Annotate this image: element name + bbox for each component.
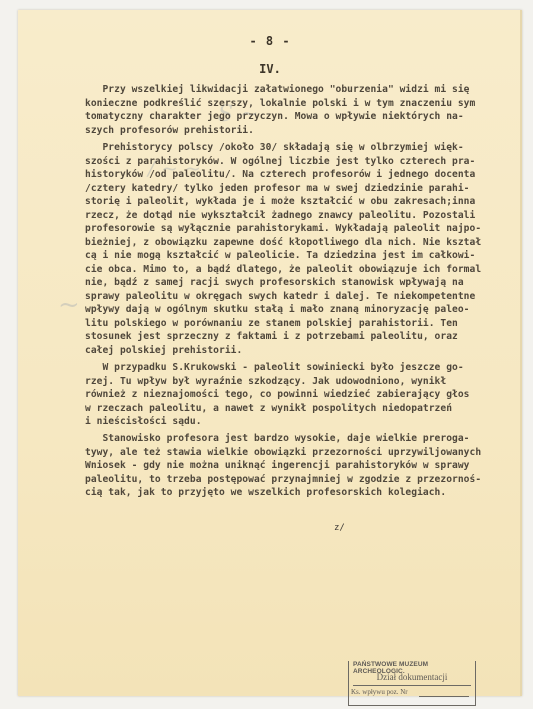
text-line: storię i paleolit, wykłada je i może ksz… xyxy=(85,196,475,208)
handwritten-correction: z/ xyxy=(334,523,345,533)
stamp-department: Dział dokumentacji xyxy=(349,672,475,682)
text-line: /cztery katedry/ tylko jeden profesor ma… xyxy=(85,183,470,195)
text-line: nie, bądź z samej racji swych profesorsk… xyxy=(85,277,464,289)
text-line: również z nieznajomości tego, co powinni… xyxy=(85,389,470,401)
text-line: konieczne podkreślić szerszy, lokalnie p… xyxy=(85,98,475,110)
text-line: tywy, ale też stawia wielkie obowiązki p… xyxy=(85,447,481,459)
text-line: cą i nie mogą kształcić w paleolicie. Ta… xyxy=(85,250,475,262)
text-line: paleolitu, to trzeba postępować przynajm… xyxy=(85,474,481,486)
text-line: całej polskiej prehistorii. xyxy=(85,345,242,357)
page-number: - 8 - xyxy=(18,34,522,48)
text-line: historyków /od paleolitu/. Na czterech p… xyxy=(85,169,475,181)
stamp-divider xyxy=(353,685,471,686)
text-line: cie obca. Mimo to, a bądź dlatego, że pa… xyxy=(85,264,481,276)
section-heading: IV. xyxy=(18,62,522,76)
text-line: Stanowisko profesora jest bardzo wysokie… xyxy=(85,433,470,445)
pencil-annotation: ~ xyxy=(58,290,80,320)
text-line: sprawy paleolitu w okręgach swych katedr… xyxy=(85,291,475,303)
text-line: Przy wszelkiej likwidacji załatwionego "… xyxy=(85,84,470,96)
text-line: wpływy dają w ogólnym skutku stałą i mał… xyxy=(85,304,470,316)
text-line: profesorowie są wyłącznie parahistorykam… xyxy=(85,223,481,235)
text-line: stosunek jest sprzeczny z faktami i z po… xyxy=(85,331,458,343)
text-line: rzecz, że dotąd nie wykształcił żadnego … xyxy=(85,210,475,222)
text-line: bieżniej, z obowiązku zapewne dość kłopo… xyxy=(85,237,481,249)
text-line: rzej. Tu wpływ był wyraźnie szkodzący. J… xyxy=(85,376,446,388)
stamp-entry-label: Ks. wpływu poz. Nr xyxy=(351,688,408,696)
text-line: tomatyczny charakter jego przyczyn. Mowa… xyxy=(85,111,464,123)
text-line: litu polskiego w porównaniu ze stanem po… xyxy=(85,318,458,330)
text-line: W przypadku S.Krukowski - paleolit sowin… xyxy=(85,362,464,374)
text-line: w rzeczach paleolitu, a nawet z wynikł p… xyxy=(85,403,452,415)
text-line: Wniosek - gdy nie można uniknąć ingerenc… xyxy=(85,460,470,472)
text-line: szych profesorów prehistorii. xyxy=(85,125,254,137)
text-line: szości z parahistoryków. W ogólnej liczb… xyxy=(85,156,475,168)
text-line: i nieścisłości sądu. xyxy=(85,416,202,428)
document-page: - 8 - IV. S ~ / ~ ~ ~ Przy wszelkiej lik… xyxy=(18,10,522,696)
text-line: Prehistorycy polscy /około 30/ składają … xyxy=(85,142,464,154)
stamp-entry-field xyxy=(419,696,469,697)
text-line: cią tak, jak to przyjęto we wszelkich pr… xyxy=(85,487,446,499)
archive-stamp: PAŃSTWOWE MUZEUM ARCHEOLOGIC. Dział doku… xyxy=(348,661,476,706)
